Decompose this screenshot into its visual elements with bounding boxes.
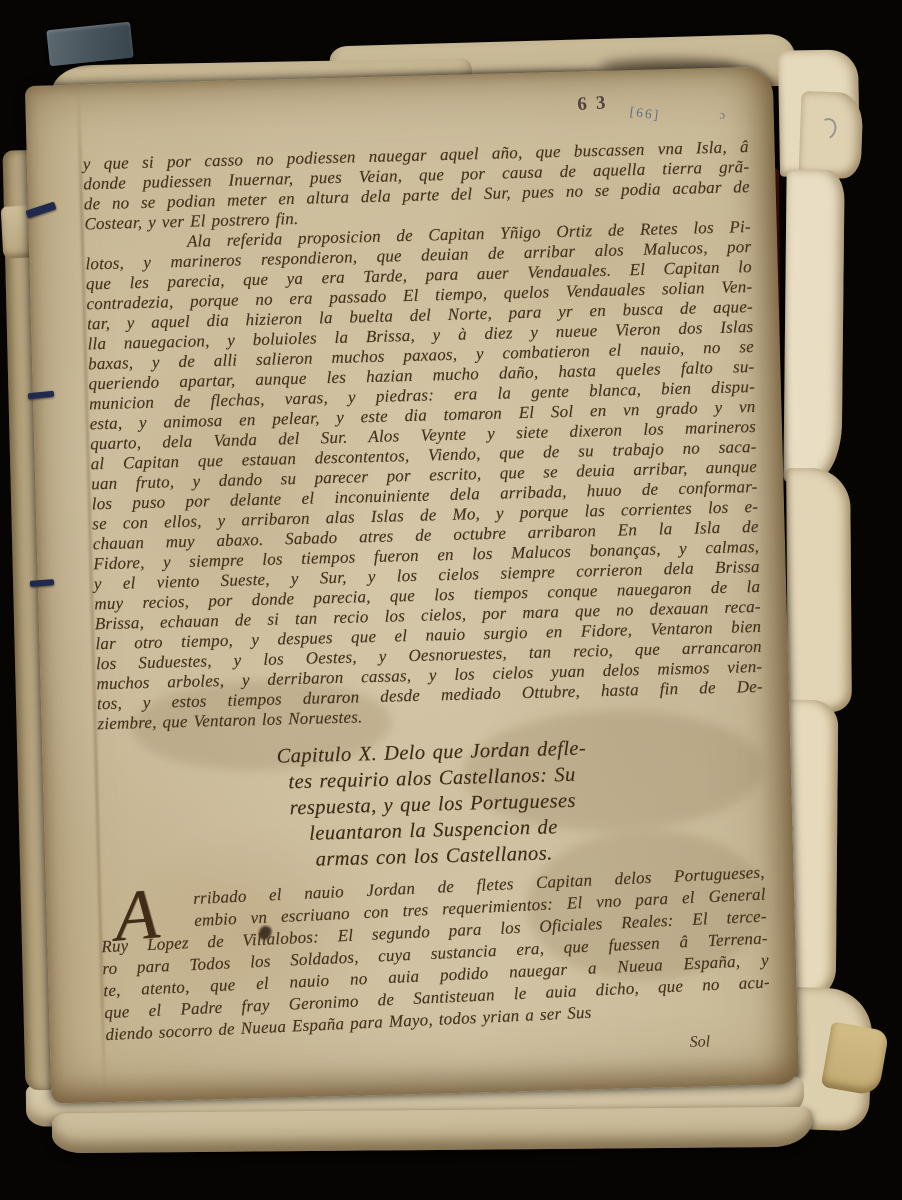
paragraph-arribada-jordan: A rribado el nauio Jordan de fletes Capi…	[99, 862, 771, 1047]
paragraph-ortiz-de-retes: Ala referida proposicion de Capitan Yñig…	[85, 217, 764, 734]
leaf-edge	[799, 91, 864, 179]
leaf-edge	[783, 170, 844, 483]
paragraph-arribada-lines: rribado el nauio Jordan de fletes Capita…	[99, 862, 771, 1047]
pencil-scribble	[815, 115, 839, 142]
tape-fragment	[46, 22, 133, 67]
page-edge-bottom-strip	[52, 1107, 812, 1154]
folio-number-ink: 63	[577, 92, 615, 116]
manuscript-page: 63 [66] ɔ y que si por casso no podiesse…	[25, 66, 799, 1103]
manuscript-text: y que si por casso no podiessen nauegar …	[83, 137, 773, 1068]
chapter-heading: Capitulo X. Delo que Jordan defle-tes re…	[196, 733, 669, 875]
leaf-edge	[786, 468, 852, 712]
corner-pencil-mark: ɔ	[719, 108, 725, 123]
bottom-right-leaf-tab	[821, 1021, 890, 1096]
folio-number-pencil: [66]	[629, 104, 661, 124]
photograph-background: 63 [66] ɔ y que si por casso no podiesse…	[0, 0, 902, 1200]
